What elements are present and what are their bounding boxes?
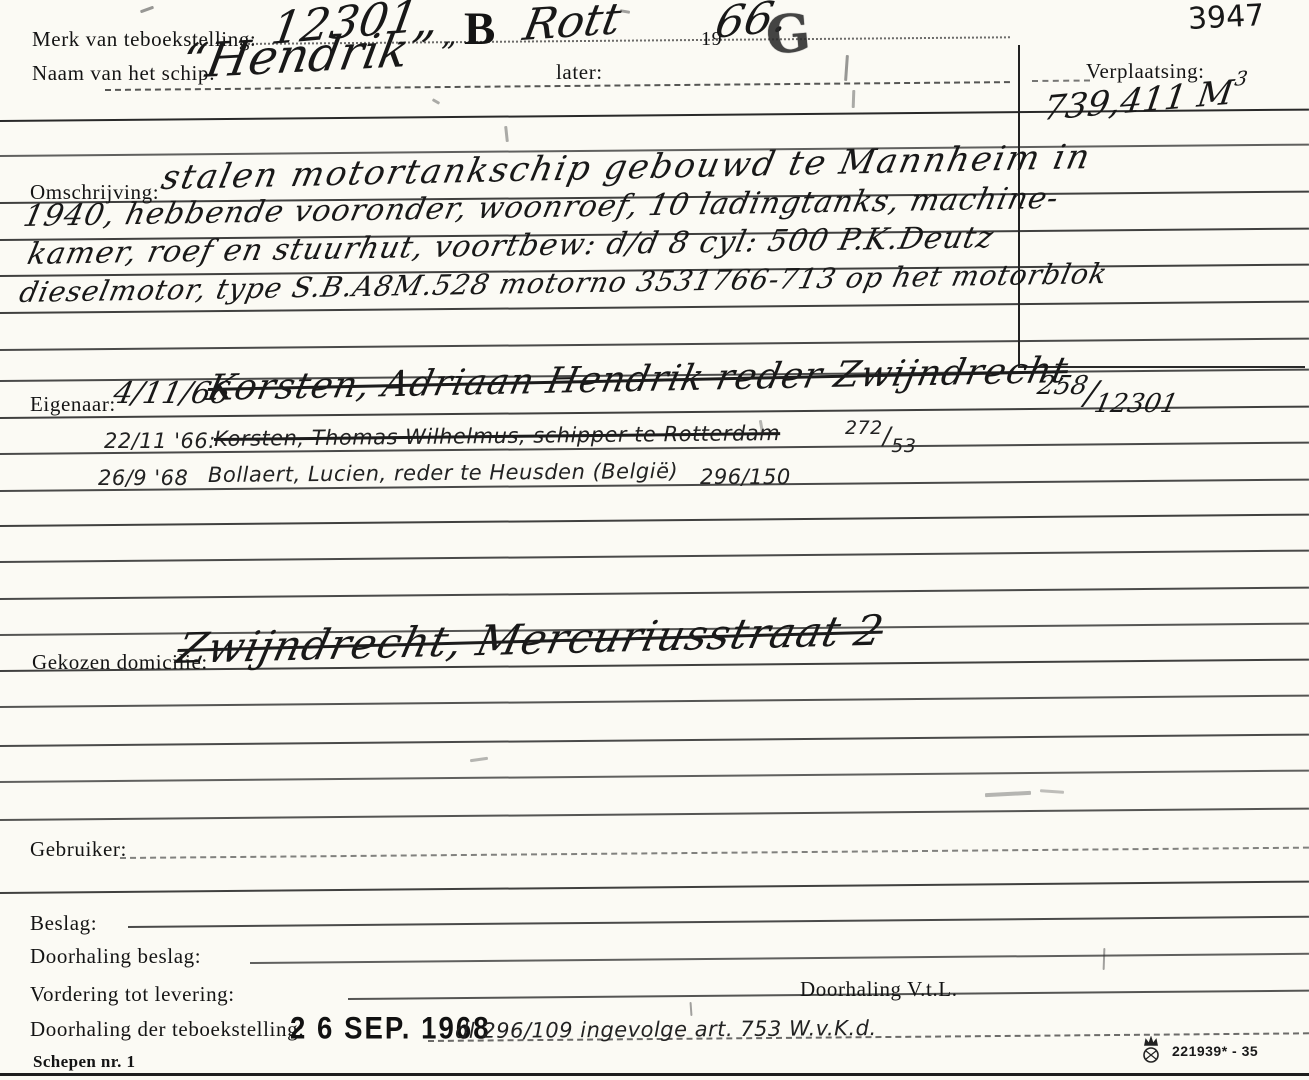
ruled-line — [0, 881, 1309, 894]
letter-stamp: G — [763, 2, 813, 67]
ruled-line — [0, 734, 1309, 747]
ruled-line — [0, 514, 1309, 527]
eigenaar-entry1-ref: 258/12301 — [1032, 376, 1183, 414]
ruled-line — [0, 550, 1309, 563]
eigenaar-entry2-date: 22/11 '66: — [104, 429, 216, 453]
scan-artifact — [690, 1002, 693, 1016]
form-name: Schepen nr. 1 — [33, 1052, 135, 1072]
ruled-line — [0, 808, 1309, 821]
ruled-line — [0, 587, 1309, 600]
scan-artifact — [844, 55, 849, 81]
eigenaar-entry1-name: Korsten, Adriaan Hendrik reder Zwijndrec… — [204, 350, 1072, 409]
merk-letter: B — [464, 2, 496, 56]
scan-artifact — [504, 126, 509, 142]
eigenaar-label: Eigenaar: — [30, 392, 116, 417]
scan-artifact — [1040, 789, 1064, 794]
doorhaling-vtl-label: Doorhaling V.t.L. — [800, 977, 958, 1002]
ruled-line — [0, 338, 1309, 351]
scan-artifact — [1103, 948, 1106, 970]
beslag-label: Beslag: — [30, 911, 97, 936]
scan-artifact — [470, 757, 488, 762]
eigenaar-entry3-name: Bollaert, Lucien, reder te Heusden (Belg… — [208, 459, 678, 487]
ruled-line — [0, 1073, 1309, 1076]
gebruiker-label: Gebruiker: — [30, 837, 127, 862]
ruled-line — [250, 953, 1309, 964]
scan-artifact — [852, 90, 856, 108]
scan-artifact — [985, 791, 1031, 797]
eigenaar-entry3-ref: 296/150 — [700, 465, 791, 489]
printer-code: 221939* - 35 — [1172, 1043, 1258, 1059]
ruled-line — [0, 770, 1309, 783]
verplaatsing-value-handwritten: 739,411 M3 — [1041, 67, 1249, 129]
vordering-label: Vordering tot levering: — [30, 982, 235, 1007]
crown-icon — [1141, 1036, 1161, 1066]
scan-artifact — [432, 98, 440, 105]
ruled-line — [120, 847, 1309, 859]
eigenaar-entry2-ref: 272/53 — [845, 424, 916, 452]
doorhaling-note-handwritten: dl 296/109 ingevolge art. 753 W.v.K.d. — [455, 1016, 877, 1043]
eigenaar-entry3-date: 26/9 '68 — [98, 466, 188, 490]
corner-number-handwritten: 3947 — [1187, 0, 1265, 37]
doorhaling-beslag-label: Doorhaling beslag: — [30, 944, 201, 969]
ruled-line — [0, 695, 1309, 708]
doorhaling-teboekstelling-label: Doorhaling der teboekstelling: — [30, 1017, 305, 1042]
merk-port-handwritten: Rott — [519, 0, 625, 51]
ruled-line — [128, 916, 1309, 928]
scan-artifact — [140, 6, 154, 14]
ink-mark: „ — [441, 18, 457, 53]
registration-card: Merk van teboekstelling: 12301 „ B Rott … — [0, 0, 1309, 1080]
cubic-exponent: 3 — [1233, 67, 1249, 91]
later-label: later: — [556, 60, 603, 85]
